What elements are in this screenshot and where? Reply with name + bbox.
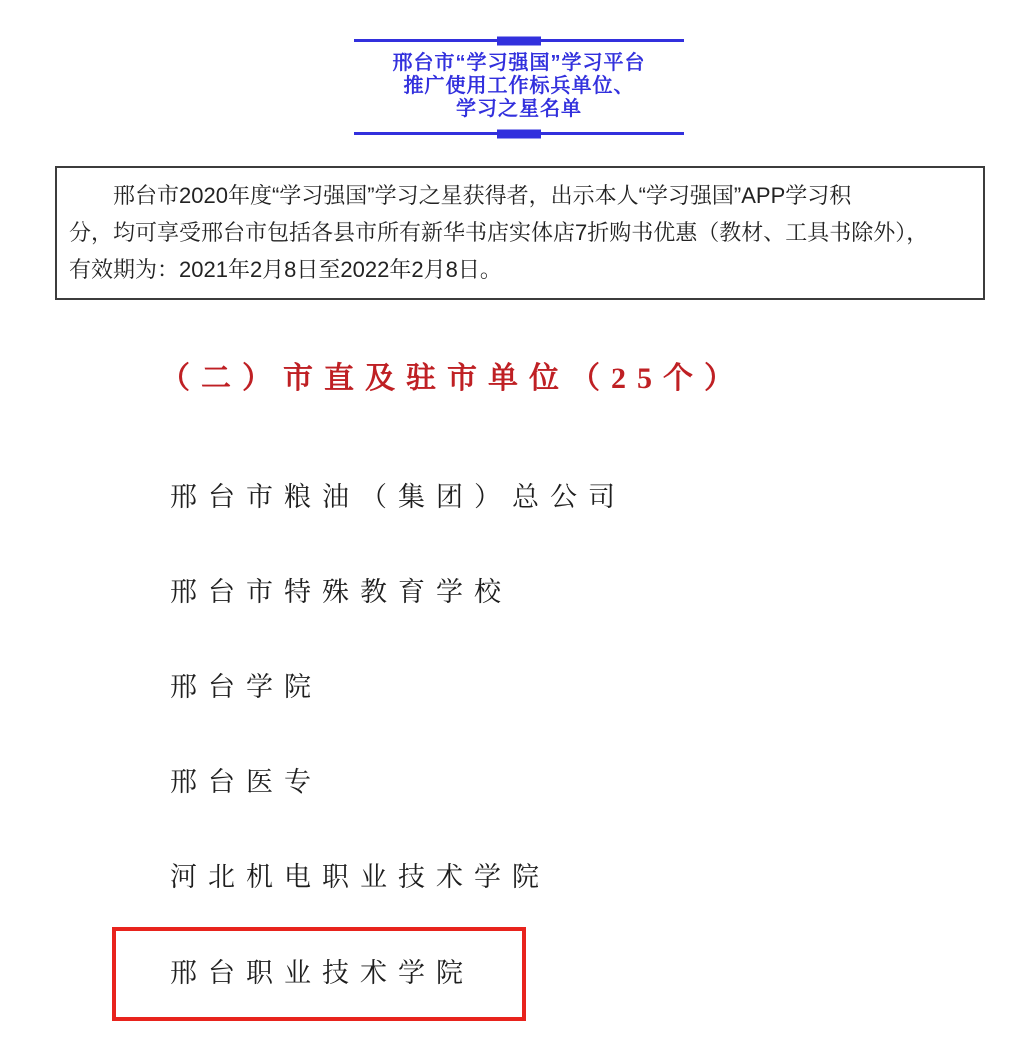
header-title-line-3: 学习之星名单 bbox=[354, 98, 684, 121]
list-item: 邢台学院 bbox=[170, 667, 1024, 707]
decorative-rule-bottom-thick-segment bbox=[497, 129, 541, 138]
unit-name: 邢台职业技术学院 bbox=[170, 958, 474, 988]
header-title-line-1: 邢台市“学习强国”学习平台 bbox=[354, 52, 684, 75]
decorative-rule-top-thick-segment bbox=[497, 36, 541, 45]
unit-name: 邢台市特殊教育学校 bbox=[170, 577, 512, 607]
decorative-rule-bottom bbox=[354, 132, 684, 135]
notice-text-line-3: 有效期为：2021年2月8日至2022年2月8日。 bbox=[69, 251, 971, 288]
section-heading: （二）市直及驻市单位（25个） bbox=[160, 358, 1024, 400]
list-item: 邢台市粮油（集团）总公司 bbox=[170, 477, 1024, 517]
list-item: 邢台医专 bbox=[170, 762, 1024, 802]
list-item: 邢台市特殊教育学校 bbox=[170, 572, 1024, 612]
notice-text-line-1: 邢台市2020年度“学习强国”学习之星获得者，出示本人“学习强国”APP学习积 bbox=[69, 177, 971, 214]
decorative-rule-top bbox=[354, 39, 684, 42]
unit-name: 邢台学院 bbox=[170, 672, 322, 702]
unit-list: 邢台市粮油（集团）总公司 邢台市特殊教育学校 邢台学院 邢台医专 河北机电职业技… bbox=[0, 477, 1024, 1021]
highlight-box: 邢台职业技术学院 bbox=[112, 927, 526, 1021]
document-header: 邢台市“学习强国”学习平台 推广使用工作标兵单位、 学习之星名单 bbox=[354, 0, 684, 135]
notice-text-line-2: 分，均可享受邢台市包括各县市所有新华书店实体店7折购书优惠（教材、工具书除外）， bbox=[69, 214, 971, 251]
list-item: 邢台职业技术学院 bbox=[112, 927, 1024, 1021]
header-title-line-2: 推广使用工作标兵单位、 bbox=[354, 75, 684, 98]
unit-name: 邢台医专 bbox=[170, 767, 322, 797]
document-page: 邢台市“学习强国”学习平台 推广使用工作标兵单位、 学习之星名单 邢台市2020… bbox=[0, 0, 1024, 1063]
notice-box: 邢台市2020年度“学习强国”学习之星获得者，出示本人“学习强国”APP学习积 … bbox=[55, 166, 985, 300]
list-item: 河北机电职业技术学院 bbox=[170, 857, 1024, 897]
unit-name: 河北机电职业技术学院 bbox=[170, 862, 550, 892]
unit-name: 邢台市粮油（集团）总公司 bbox=[170, 482, 626, 512]
header-title: 邢台市“学习强国”学习平台 推广使用工作标兵单位、 学习之星名单 bbox=[354, 52, 684, 121]
